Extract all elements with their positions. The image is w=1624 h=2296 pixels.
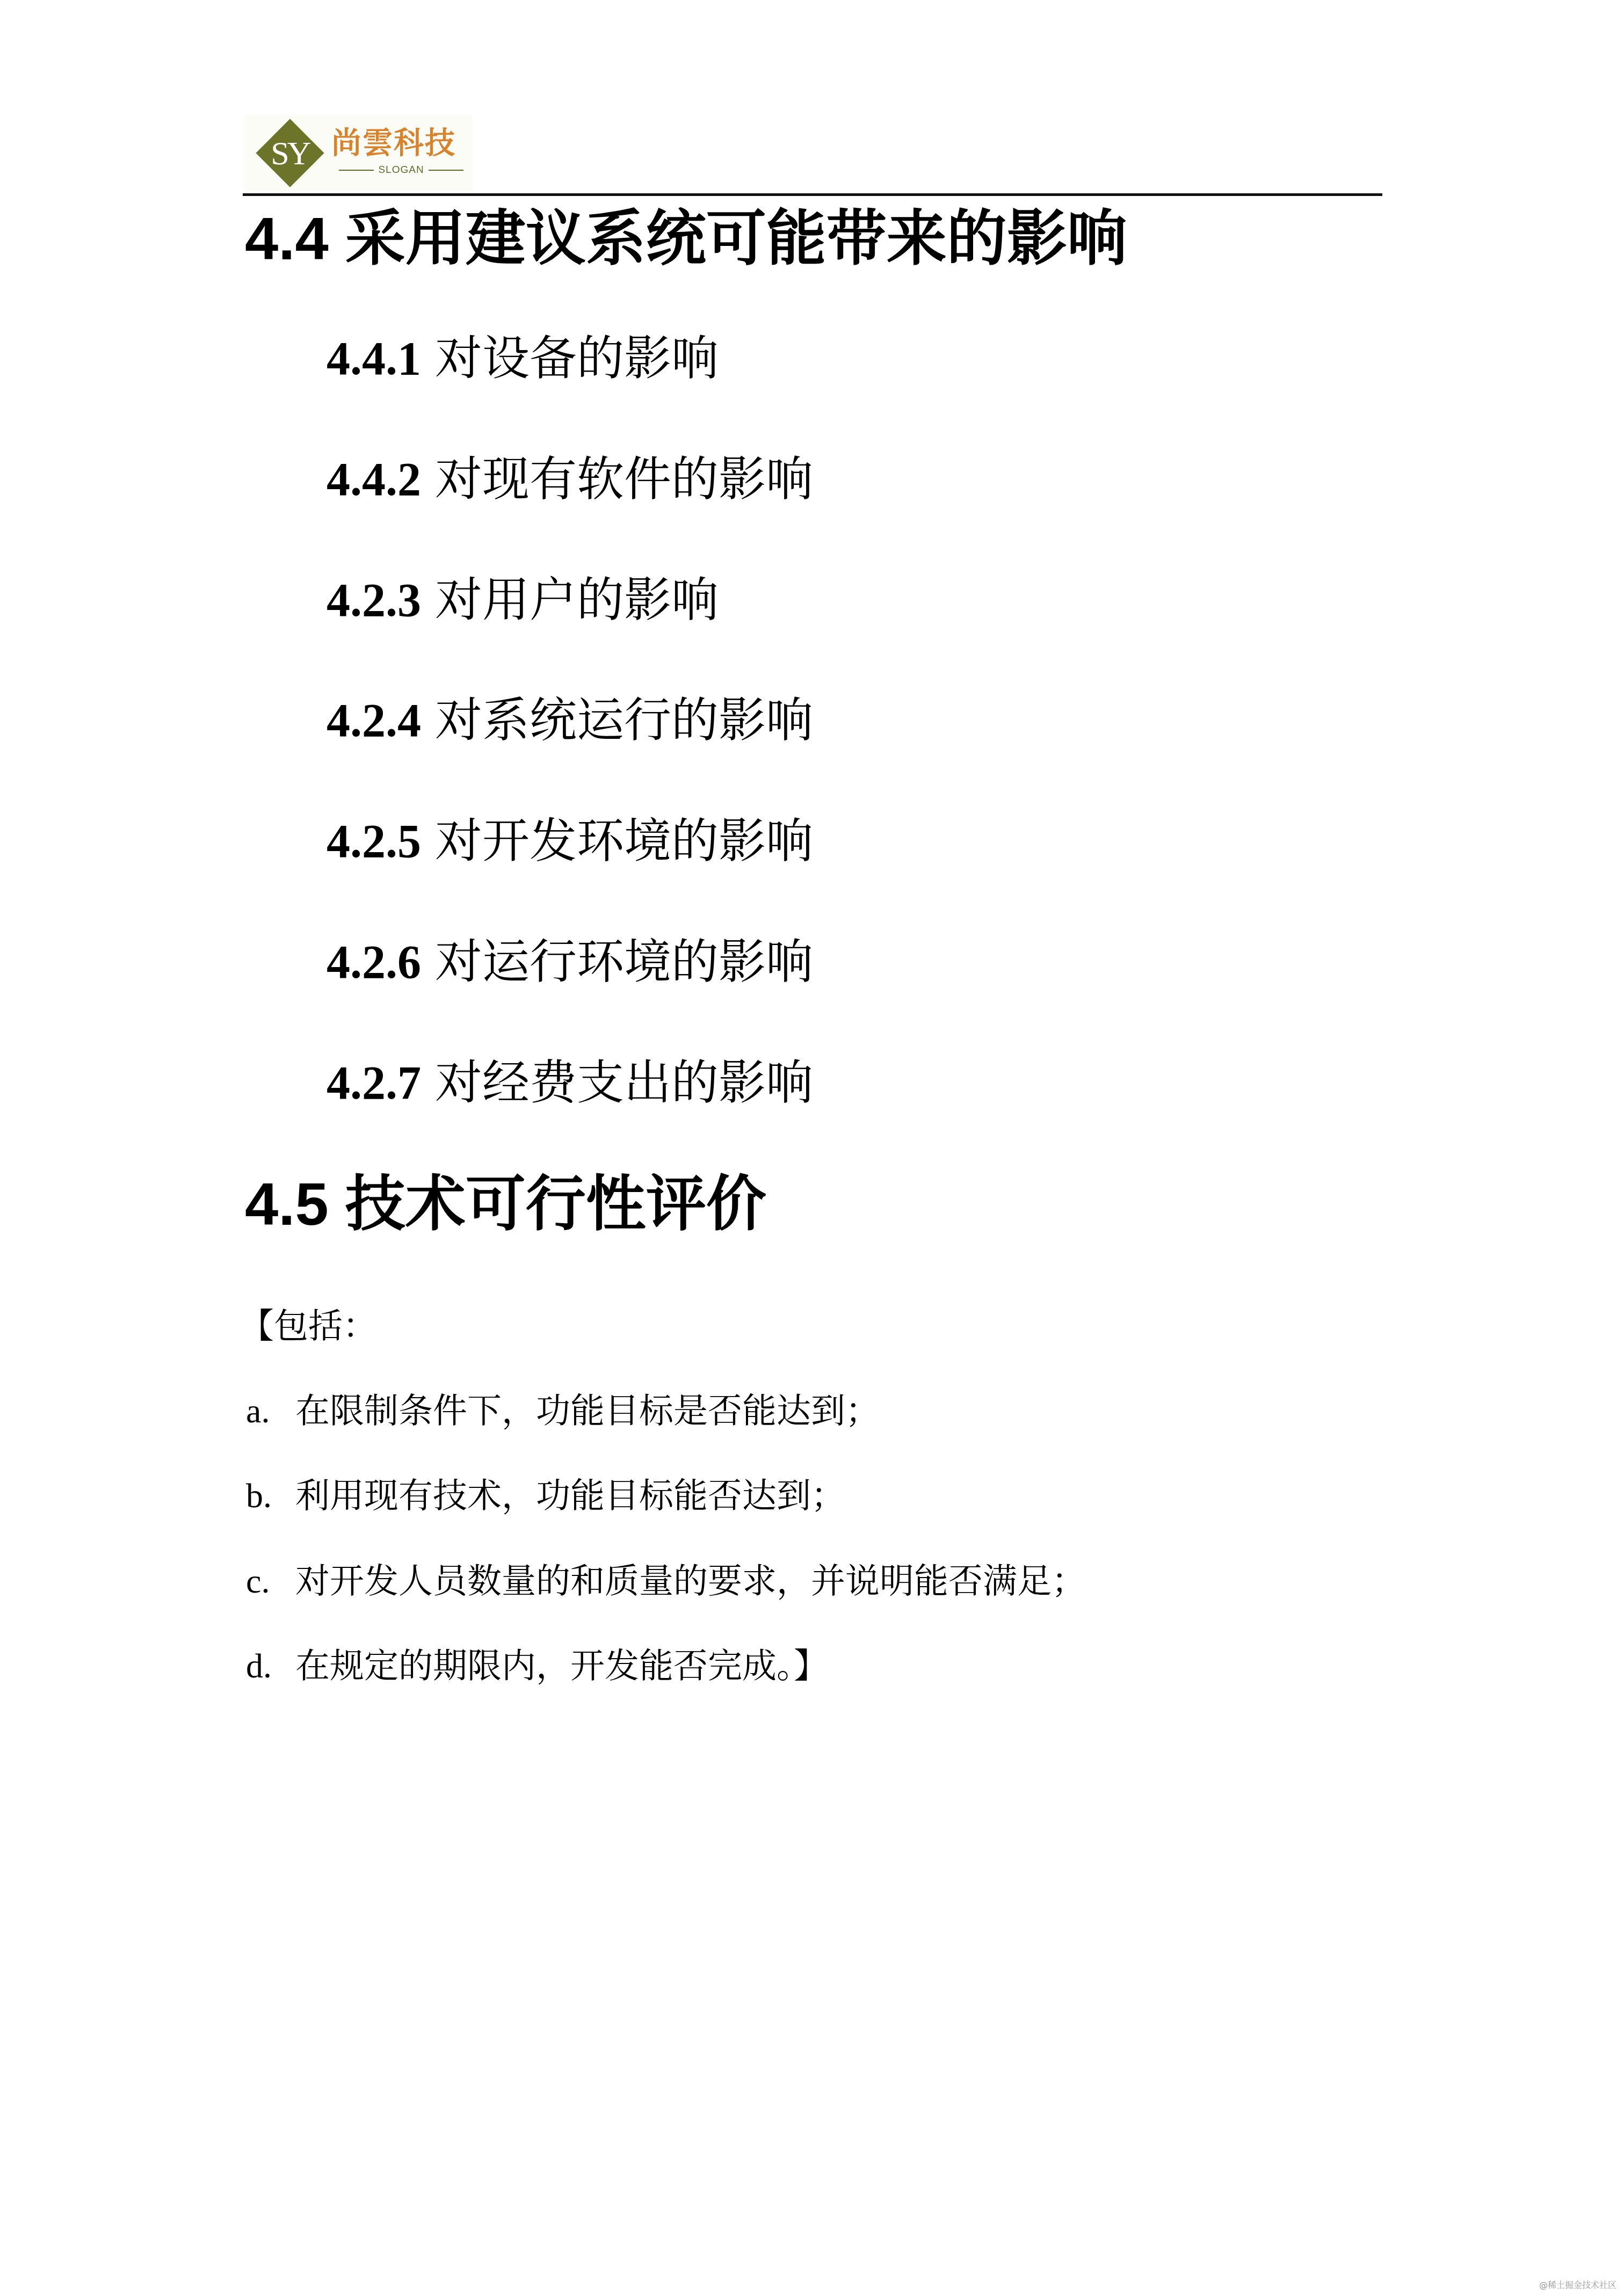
subsection-heading: 4.2.6对运行环境的影响 bbox=[327, 933, 813, 992]
company-logo: SY 尚雲科技 SLOGAN bbox=[244, 115, 473, 191]
subsection-number: 4.2.7 bbox=[327, 1057, 421, 1109]
subsection-number: 4.2.5 bbox=[327, 816, 421, 868]
subsection-number: 4.2.3 bbox=[327, 575, 421, 627]
subsection-number: 4.4.1 bbox=[327, 333, 421, 385]
subsection-number: 4.2.4 bbox=[327, 695, 421, 747]
slogan-right-rule bbox=[429, 170, 463, 171]
list-item-text: 在规定的期限内，开发能否完成。】 bbox=[295, 1647, 828, 1685]
list-marker: c. bbox=[246, 1560, 295, 1603]
list-item: d.在规定的期限内，开发能否完成。】 bbox=[246, 1645, 828, 1688]
subsection-title: 对现有软件的影响 bbox=[435, 454, 813, 506]
subsection-title: 对用户的影响 bbox=[435, 575, 719, 627]
list-item-text: 对开发人员数量的和质量的要求，并说明能否满足； bbox=[295, 1562, 1086, 1600]
header-divider bbox=[243, 193, 1382, 196]
list-marker: a. bbox=[246, 1390, 295, 1433]
section-heading-4-5: 4.5 技术可行性评价 bbox=[245, 1169, 766, 1239]
list-item: b.利用现有技术，功能目标能否达到； bbox=[246, 1474, 845, 1517]
subsection-heading: 4.2.7对经费支出的影响 bbox=[327, 1054, 813, 1113]
list-marker: b. bbox=[246, 1474, 295, 1517]
list-item-text: 利用现有技术，功能目标能否达到； bbox=[295, 1477, 845, 1515]
slogan-left-rule bbox=[339, 170, 374, 171]
subsection-title: 对系统运行的影响 bbox=[435, 695, 813, 747]
logo-company-name: 尚雲科技 bbox=[331, 121, 456, 164]
subsection-number: 4.2.6 bbox=[327, 936, 421, 989]
list-item: c.对开发人员数量的和质量的要求，并说明能否满足； bbox=[246, 1560, 1086, 1603]
subsection-heading: 4.4.1对设备的影响 bbox=[327, 330, 719, 389]
logo-monogram: SY bbox=[251, 128, 329, 179]
list-item: a.在限制条件下，功能目标是否能达到； bbox=[246, 1390, 880, 1433]
list-marker: d. bbox=[246, 1645, 295, 1688]
section-heading-4-4: 4.4 采用建议系统可能带来的影响 bbox=[245, 204, 1127, 274]
slogan-text: SLOGAN bbox=[378, 164, 424, 176]
subsection-heading: 4.2.3对用户的影响 bbox=[327, 571, 719, 630]
subsection-title: 对经费支出的影响 bbox=[435, 1057, 813, 1109]
subsection-title: 对设备的影响 bbox=[435, 333, 719, 385]
subsection-heading: 4.4.2对现有软件的影响 bbox=[327, 451, 813, 510]
logo-slogan: SLOGAN bbox=[339, 164, 463, 176]
watermark: @稀土掘金技术社区 bbox=[1539, 2279, 1616, 2292]
subsection-title: 对运行环境的影响 bbox=[435, 936, 813, 989]
subsection-number: 4.4.2 bbox=[327, 454, 421, 506]
subsection-title: 对开发环境的影响 bbox=[435, 816, 813, 868]
list-item-text: 在限制条件下，功能目标是否能达到； bbox=[295, 1392, 880, 1430]
subsection-heading: 4.2.5对开发环境的影响 bbox=[327, 812, 813, 871]
intro-text: 【包括： bbox=[240, 1305, 377, 1348]
subsection-heading: 4.2.4对系统运行的影响 bbox=[327, 692, 813, 751]
